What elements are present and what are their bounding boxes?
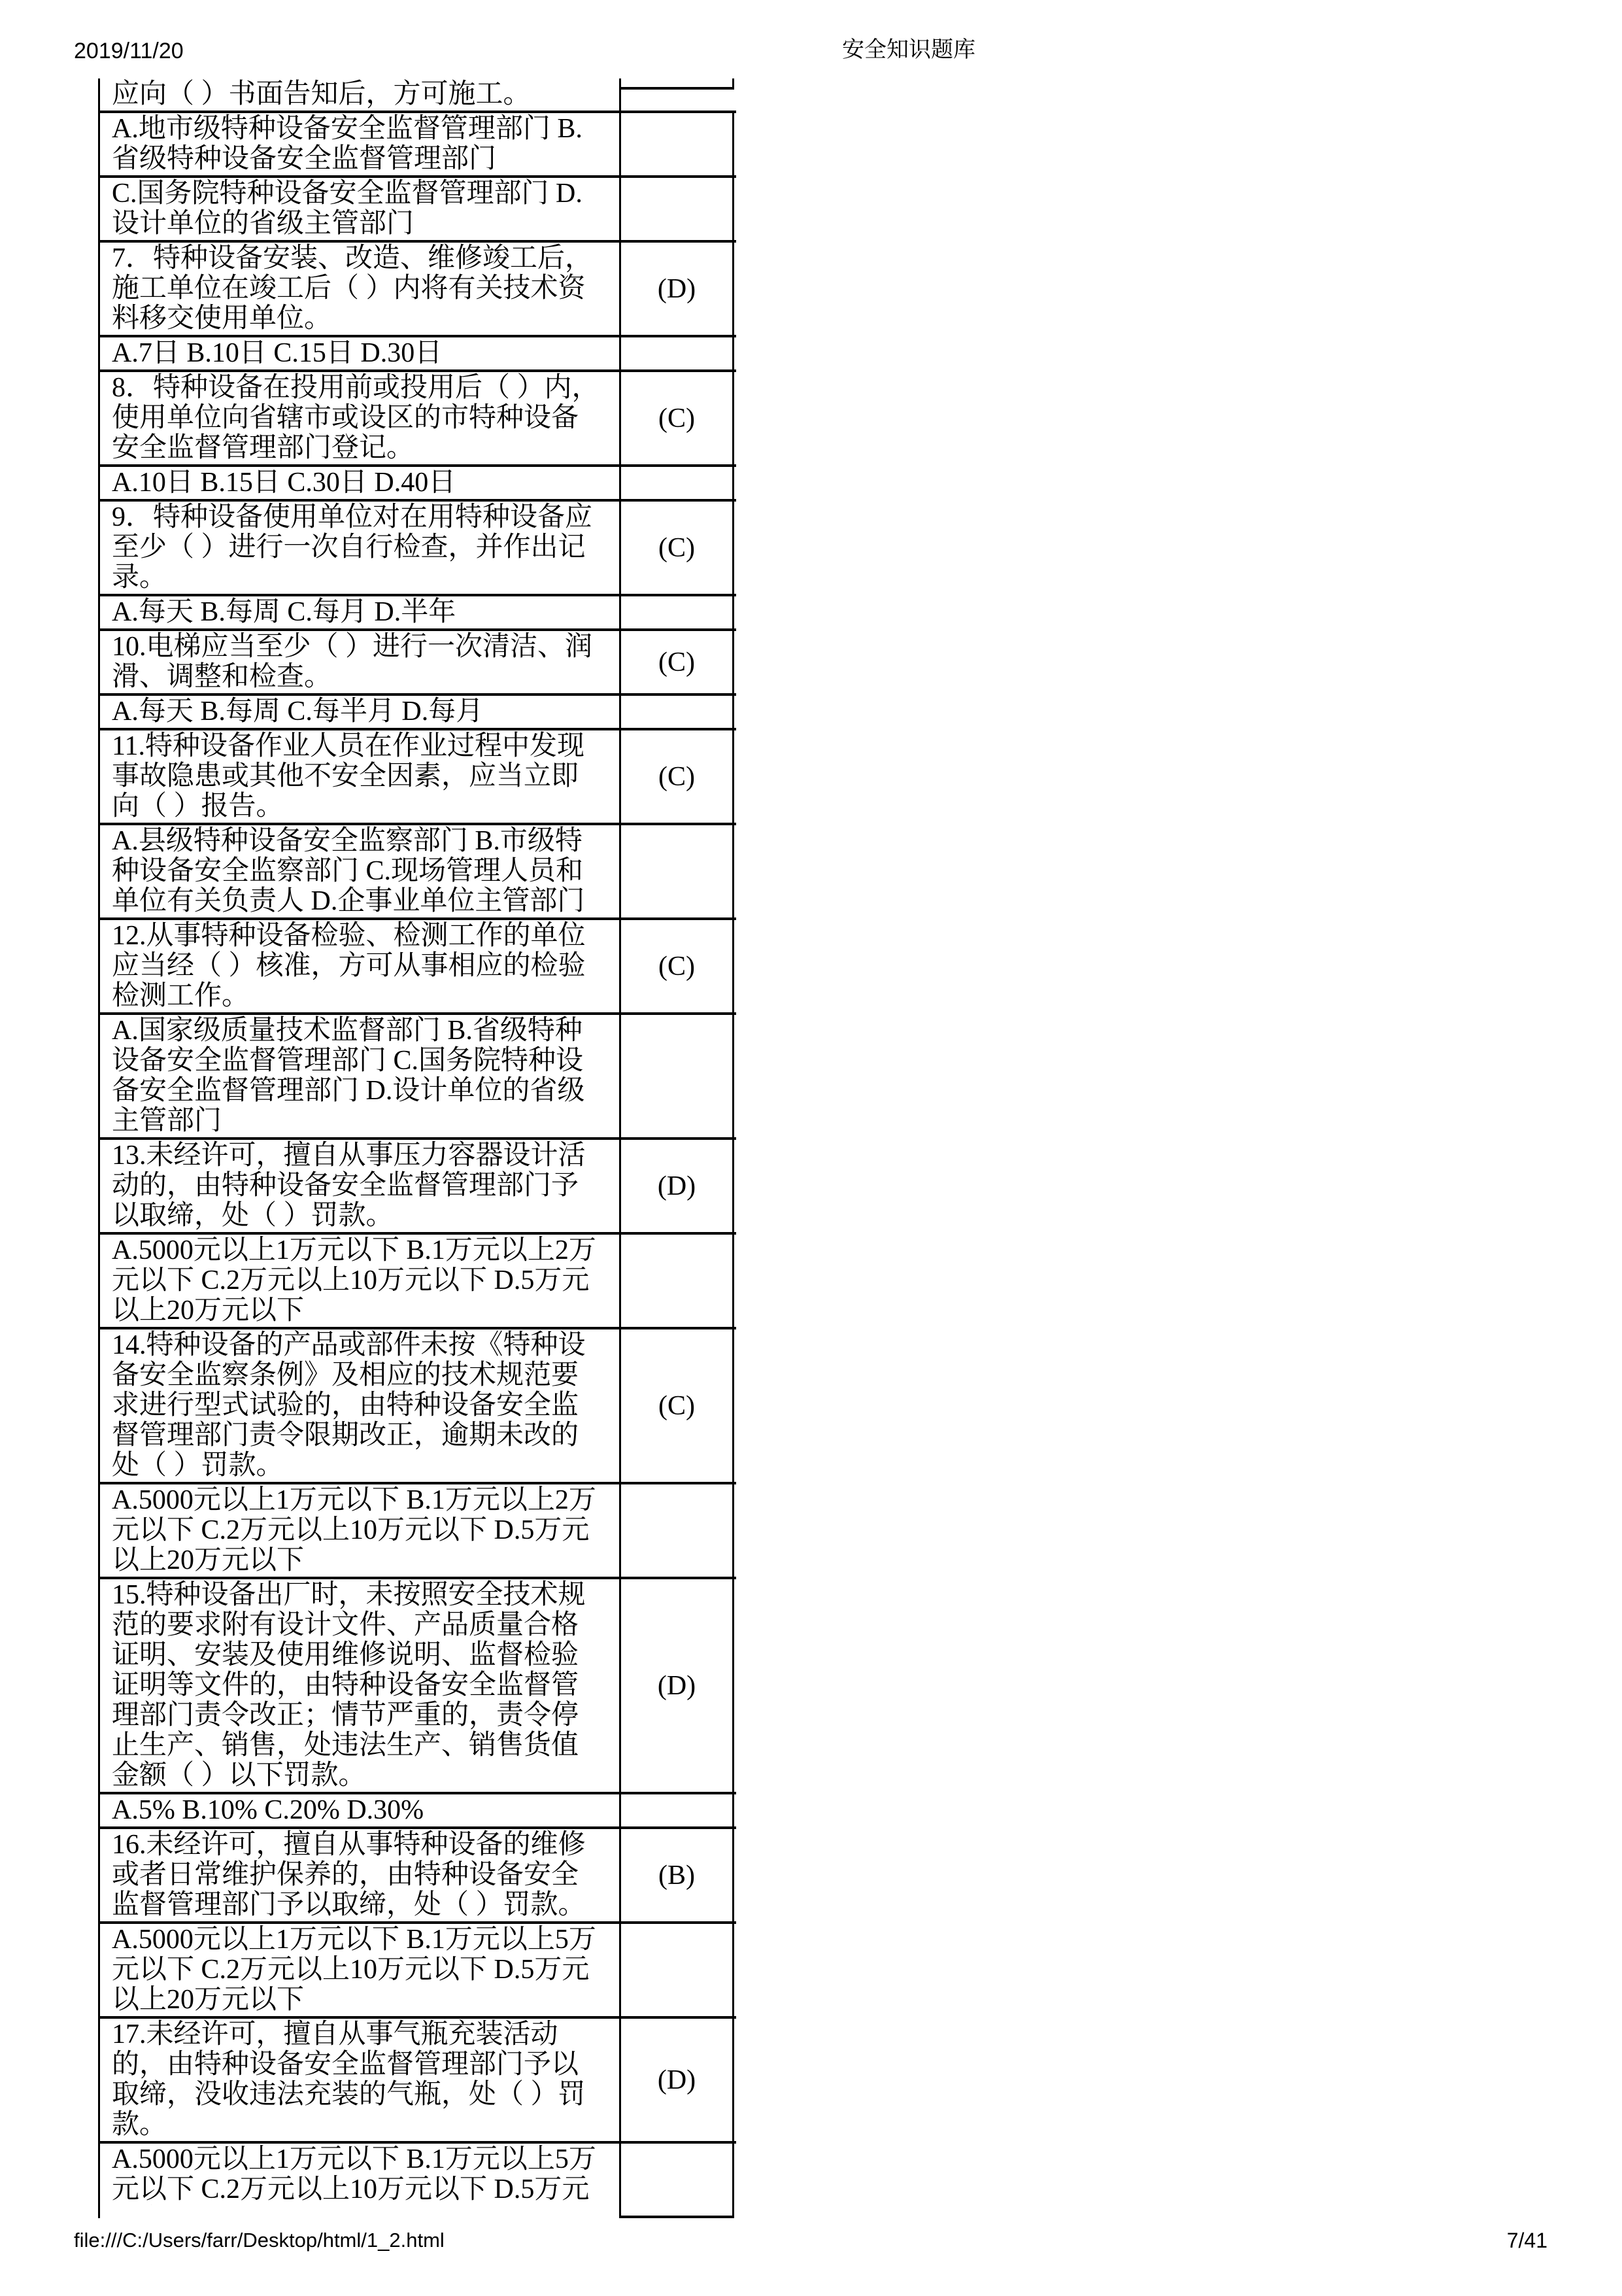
answer-cell: (D) [621,1579,734,1792]
answer-cell [621,1235,734,1327]
answer-cell: (D) [621,2019,734,2141]
question-cell: 14.特种设备的产品或部件未按《特种设备安全监察条例》及相应的技术规范要求进行型… [98,1329,621,1482]
question-cell: 10.电梯应当至少（ ）进行一次清洁、润滑、调整和检查。 [98,631,621,693]
answer-cell: (C) [621,920,734,1012]
answer-cell [621,2144,734,2218]
table-row: A.地市级特种设备安全监督管理部门 B.省级特种设备安全监督管理部门 [98,111,736,175]
answer-cell [621,825,734,917]
table-row: A.5000元以上1万元以下 B.1万元以上5万元以下 C.2万元以上10万元以… [98,2141,736,2218]
options-cell: A.7日 B.10日 C.15日 D.30日 [98,337,621,369]
question-cell: 17.未经许可，擅自从事气瓶充装活动的，由特种设备安全监督管理部门予以取缔，没收… [98,2019,621,2141]
options-cell: A.10日 B.15日 C.30日 D.40日 [98,467,621,499]
question-cell: 16.未经许可，擅自从事特种设备的维修或者日常维护保养的，由特种设备安全监督管理… [98,1829,621,1921]
options-cell: A.5000元以上1万元以下 B.1万元以上2万元以下 C.2万元以上10万元以… [98,1235,621,1327]
answer-value: (B) [658,1860,695,1891]
answer-cell [621,596,734,628]
answer-cell [621,1924,734,2016]
table-row: 12.从事特种设备检验、检测工作的单位应当经（ ）核准，方可从事相应的检验检测工… [98,917,736,1012]
answer-cell: (C) [621,1329,734,1482]
answer-cell: (C) [621,502,734,594]
answer-value: (D) [658,1670,696,1702]
printed-page: 2019/11/20 安全知识题库 应向（ ）书面告知后，方可施工。A.地市级特… [0,0,1622,2296]
answer-cell [621,1015,734,1137]
table-row: 16.未经许可，擅自从事特种设备的维修或者日常维护保养的，由特种设备安全监督管理… [98,1826,736,1921]
answer-cell: (C) [621,730,734,823]
options-cell: A.每天 B.每周 C.每月 D.半年 [98,596,621,628]
options-cell: A.县级特种设备安全监察部门 B.市级特种设备安全监察部门 C.现场管理人员和单… [98,825,621,917]
answer-cell [621,1794,734,1826]
answer-cell: (D) [621,243,734,335]
table-row: A.7日 B.10日 C.15日 D.30日 [98,335,736,369]
answer-value: (C) [658,1390,695,1422]
answer-cell: (C) [621,631,734,693]
answer-cell [621,696,734,728]
footer-page-number: 7/41 [1507,2229,1547,2253]
table-row: 10.电梯应当至少（ ）进行一次清洁、润滑、调整和检查。(C) [98,628,736,693]
question-cell: 7．特种设备安装、改造、维修竣工后，施工单位在竣工后（ ）内将有关技术资料移交使… [98,243,621,335]
options-cell: A.地市级特种设备安全监督管理部门 B.省级特种设备安全监督管理部门 [98,113,621,175]
question-cell: 11.特种设备作业人员在作业过程中发现事故隐患或其他不安全因素，应当立即向（ ）… [98,730,621,823]
table-row: A.县级特种设备安全监察部门 B.市级特种设备安全监察部门 C.现场管理人员和单… [98,823,736,917]
question-table: 应向（ ）书面告知后，方可施工。A.地市级特种设备安全监督管理部门 B.省级特种… [98,78,736,2218]
table-row: A.5000元以上1万元以下 B.1万元以上5万元以下 C.2万元以上10万元以… [98,1921,736,2016]
answer-cell: (C) [621,372,734,464]
table-row: C.国务院特种设备安全监督管理部门 D.设计单位的省级主管部门 [98,175,736,240]
options-cell: A.5000元以上1万元以下 B.1万元以上5万元以下 C.2万元以上10万元以… [98,2144,621,2218]
answer-value: (D) [658,273,696,305]
options-cell: A.5000元以上1万元以下 B.1万元以上2万元以下 C.2万元以上10万元以… [98,1484,621,1577]
answer-value: (C) [658,647,695,678]
answer-value: (C) [658,761,695,793]
answer-cell [621,178,734,240]
table-row: A.每天 B.每周 C.每月 D.半年 [98,594,736,628]
question-cell: 12.从事特种设备检验、检测工作的单位应当经（ ）核准，方可从事相应的检验检测工… [98,920,621,1012]
footer-file-url: file:///C:/Users/farr/Desktop/html/1_2.h… [74,2229,445,2252]
table-row: A.5% B.10% C.20% D.30% [98,1792,736,1826]
table-row: 9．特种设备使用单位对在用特种设备应至少（ ）进行一次自行检查，并作出记录。(C… [98,499,736,594]
answer-cell [621,78,734,111]
options-cell: C.国务院特种设备安全监督管理部门 D.设计单位的省级主管部门 [98,178,621,240]
answer-value: (D) [658,1171,696,1202]
table-row: 14.特种设备的产品或部件未按《特种设备安全监察条例》及相应的技术规范要求进行型… [98,1327,736,1482]
page-title: 安全知识题库 [842,38,975,63]
answer-cell [621,1484,734,1577]
answer-value: (C) [658,951,695,982]
options-cell: A.每天 B.每周 C.每半月 D.每月 [98,696,621,728]
table-row: A.5000元以上1万元以下 B.1万元以上2万元以下 C.2万元以上10万元以… [98,1482,736,1577]
question-cell: 8．特种设备在投用前或投用后（ ）内，使用单位向省辖市或设区的市特种设备安全监督… [98,372,621,464]
answer-value: (C) [658,532,695,564]
header-date: 2019/11/20 [74,39,184,63]
options-cell: A.5000元以上1万元以下 B.1万元以上5万元以下 C.2万元以上10万元以… [98,1924,621,2016]
answer-value: (C) [658,403,695,434]
options-cell: A.5% B.10% C.20% D.30% [98,1794,621,1826]
answer-cell [621,337,734,369]
question-cell: 9．特种设备使用单位对在用特种设备应至少（ ）进行一次自行检查，并作出记录。 [98,502,621,594]
options-cell: A.国家级质量技术监督部门 B.省级特种设备安全监督管理部门 C.国务院特种设备… [98,1015,621,1137]
table-row: 11.特种设备作业人员在作业过程中发现事故隐患或其他不安全因素，应当立即向（ ）… [98,728,736,823]
question-cell: 15.特种设备出厂时，未按照安全技术规范的要求附有设计文件、产品质量合格证明、安… [98,1579,621,1792]
answer-value: (D) [658,2065,696,2096]
answer-cell: (D) [621,1140,734,1232]
table-row: A.每天 B.每周 C.每半月 D.每月 [98,693,736,728]
question-cell: 13.未经许可，擅自从事压力容器设计活动的，由特种设备安全监督管理部门予以取缔，… [98,1140,621,1232]
table-row: 应向（ ）书面告知后，方可施工。 [98,78,736,111]
table-row: A.5000元以上1万元以下 B.1万元以上2万元以下 C.2万元以上10万元以… [98,1232,736,1327]
answer-cell: (B) [621,1829,734,1921]
table-row: A.国家级质量技术监督部门 B.省级特种设备安全监督管理部门 C.国务院特种设备… [98,1012,736,1137]
answer-cell [621,113,734,175]
options-cell: 应向（ ）书面告知后，方可施工。 [98,78,621,111]
table-row: 8．特种设备在投用前或投用后（ ）内，使用单位向省辖市或设区的市特种设备安全监督… [98,369,736,464]
previous-page-cell-stub [621,78,734,90]
table-row: 15.特种设备出厂时，未按照安全技术规范的要求附有设计文件、产品质量合格证明、安… [98,1577,736,1792]
answer-cell [621,467,734,499]
table-row: 7．特种设备安装、改造、维修竣工后，施工单位在竣工后（ ）内将有关技术资料移交使… [98,240,736,335]
table-row: 17.未经许可，擅自从事气瓶充装活动的，由特种设备安全监督管理部门予以取缔，没收… [98,2016,736,2141]
table-row: A.10日 B.15日 C.30日 D.40日 [98,464,736,499]
table-row: 13.未经许可，擅自从事压力容器设计活动的，由特种设备安全监督管理部门予以取缔，… [98,1137,736,1232]
